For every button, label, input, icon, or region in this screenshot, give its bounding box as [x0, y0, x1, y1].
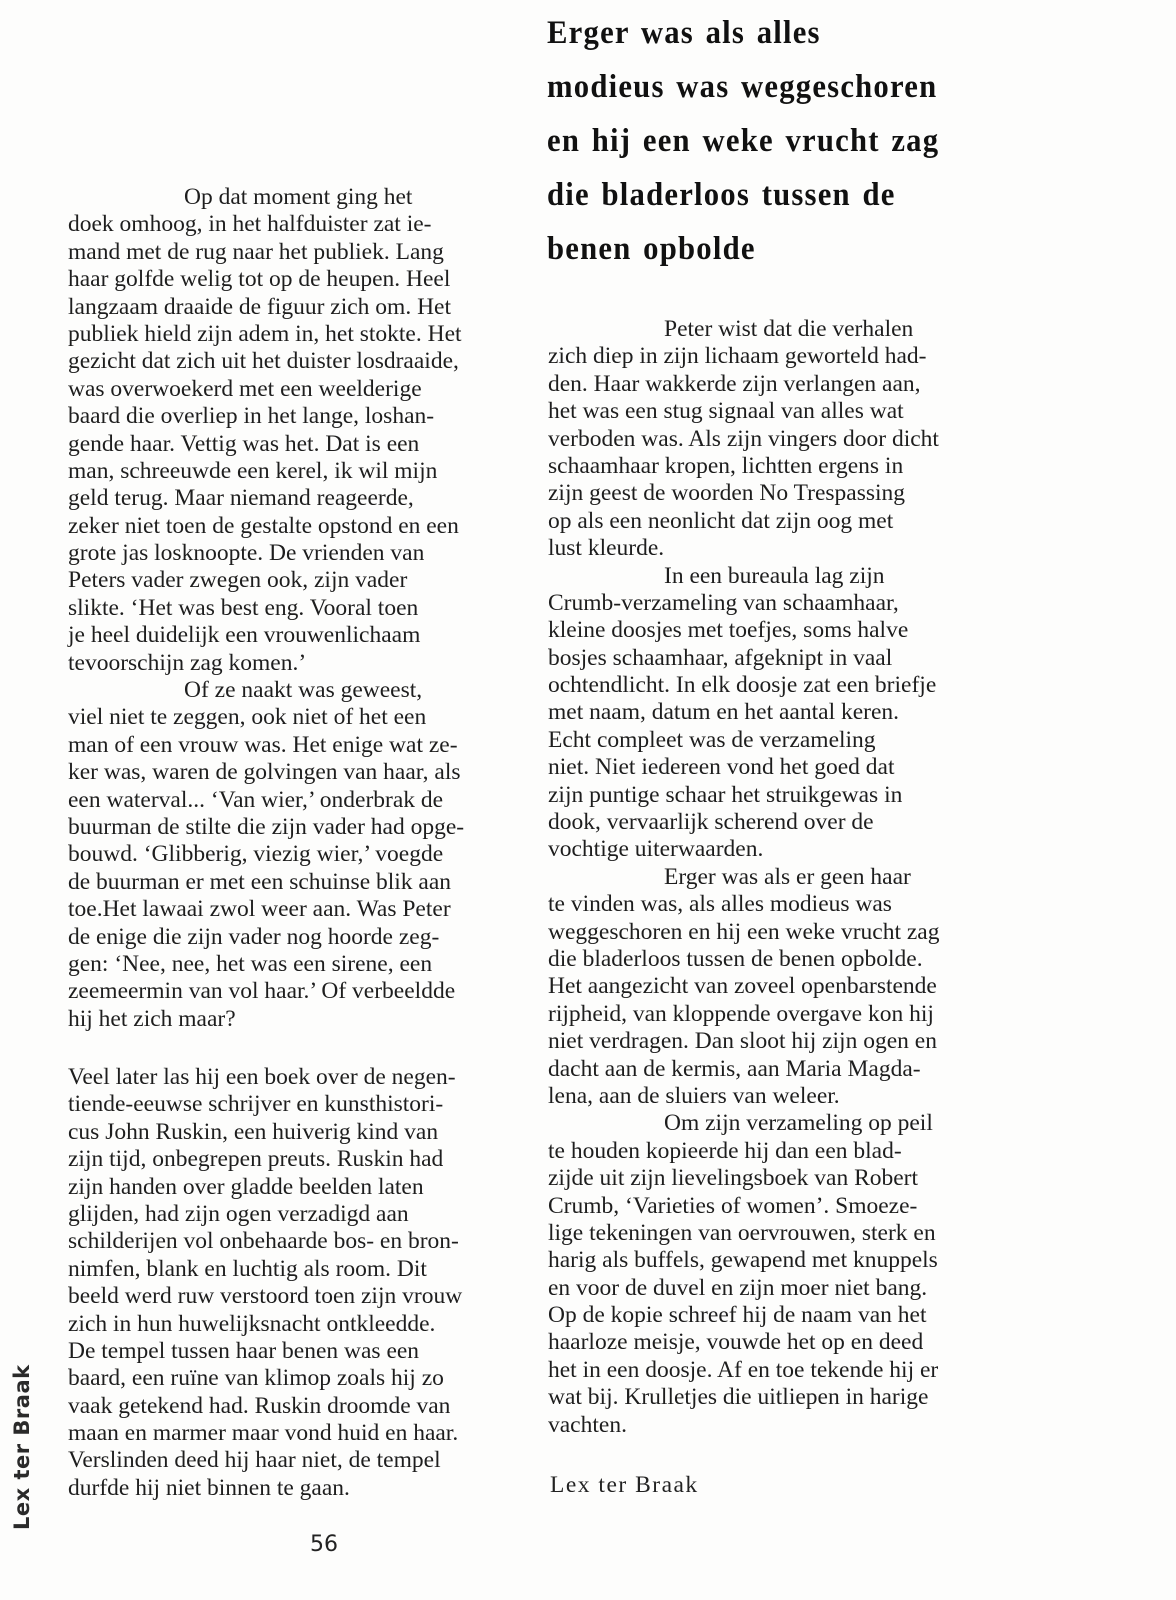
- text-line: schilderijen vol onbehaarde bos- en bron…: [68, 1228, 462, 1255]
- text-line: publiek hield zijn adem in, het stokte. …: [68, 321, 464, 348]
- text-line: bouwd. ‘Glibberig, viezig wier,’ voegde: [68, 841, 464, 868]
- text-line: niet verdragen. Dan sloot hij zijn ogen …: [548, 1028, 940, 1055]
- text-line: op als een neonlicht dat zijn oog met: [548, 508, 940, 535]
- text-line: geld terug. Maar niemand reageerde,: [68, 485, 464, 512]
- text-line: zijn puntige schaar het struikgewas in: [548, 782, 940, 809]
- text-line: Peters vader zwegen ook, zijn vader: [68, 567, 464, 594]
- vertical-author-label: Lex ter Braak: [10, 1330, 34, 1530]
- text-line: dacht aan de kermis, aan Maria Magda-: [548, 1056, 940, 1083]
- text-line: zijn tijd, onbegrepen preuts. Ruskin had: [68, 1146, 462, 1173]
- text-line: gende haar. Vettig was het. Dat is een: [68, 431, 464, 458]
- text-line: zeker niet toen de gestalte opstond en e…: [68, 513, 464, 540]
- text-line: doek omhoog, in het halfduister zat ie-: [68, 211, 464, 238]
- text-line: Echt compleet was de verzameling: [548, 727, 940, 754]
- author-signature: Lex ter Braak: [550, 1472, 699, 1499]
- pull-quote-headline: Erger was als alles modieus was weggesch…: [547, 6, 956, 276]
- text-line: het in een doosje. Af en toe tekende hij…: [548, 1357, 940, 1384]
- text-line: schaamhaar kropen, lichtten ergens in: [548, 453, 940, 480]
- text-line: haar golfde welig tot op de heupen. Heel: [68, 266, 464, 293]
- text-line: lena, aan de sluiers van weleer.: [548, 1083, 940, 1110]
- text-line: gezicht dat zich uit het duister losdraa…: [68, 348, 464, 375]
- text-line: baard die overliep in het lange, loshan-: [68, 403, 464, 430]
- text-line: Het aangezicht van zoveel openbarstende: [548, 973, 940, 1000]
- text-line: nimfen, blank en luchtig als room. Dit: [68, 1256, 462, 1283]
- text-line: te vinden was, als alles modieus was: [548, 891, 940, 918]
- text-line: langzaam draaide de figuur zich om. Het: [68, 294, 464, 321]
- text-line: ochtendlicht. In elk doosje zat een brie…: [548, 672, 940, 699]
- text-line: gen: ‘Nee, nee, het was een sirene, een: [68, 951, 464, 978]
- text-line: rijpheid, van kloppende overgave kon hij: [548, 1001, 940, 1028]
- text-line: ker was, waren de golvingen van haar, al…: [68, 759, 464, 786]
- text-line: grote jas losknoopte. De vrienden van: [68, 540, 464, 567]
- text-line: harig als buffels, gewapend met knuppels: [548, 1247, 940, 1274]
- text-line: een waterval... ‘Van wier,’ onderbrak de: [68, 787, 464, 814]
- text-line: zeemeermin van vol haar.’ Of verbeeldde: [68, 978, 464, 1005]
- text-line: het was een stug signaal van alles wat: [548, 398, 940, 425]
- text-line: Crumb-verzameling van schaamhaar,: [548, 590, 940, 617]
- text-line: de enige die zijn vader nog hoorde zeg-: [68, 924, 464, 951]
- text-line: man of een vrouw was. Het enige wat ze-: [68, 732, 464, 759]
- text-line: vochtige uiterwaarden.: [548, 836, 940, 863]
- text-line: met naam, datum en het aantal keren.: [548, 699, 940, 726]
- text-line: zich diep in zijn lichaam geworteld had-: [548, 343, 940, 370]
- text-line: zijde uit zijn lievelingsboek van Robert: [548, 1165, 940, 1192]
- text-line: buurman de stilte die zijn vader had opg…: [68, 814, 464, 841]
- text-line: verboden was. Als zijn vingers door dich…: [548, 426, 940, 453]
- text-line: glijden, had zijn ogen verzadigd aan: [68, 1201, 462, 1228]
- text-line: hij het zich maar?: [68, 1006, 464, 1033]
- text-line: bosjes schaamhaar, afgeknipt in vaal: [548, 645, 940, 672]
- text-line: Op de kopie schreef hij de naam van het: [548, 1302, 940, 1329]
- text-line: lust kleurde.: [548, 535, 940, 562]
- text-line: te houden kopieerde hij dan een blad-: [548, 1138, 940, 1165]
- text-line: vachten.: [548, 1412, 940, 1439]
- text-line: Of ze naakt was geweest,: [68, 677, 464, 704]
- text-line: Erger was als er geen haar: [548, 864, 940, 891]
- text-line: zijn geest de woorden No Trespassing: [548, 480, 940, 507]
- text-line: kleine doosjes met toefjes, soms halve: [548, 617, 940, 644]
- text-line: tiende-eeuwse schrijver en kunsthistori-: [68, 1091, 462, 1118]
- document-page: Erger was als alles modieus was weggesch…: [0, 0, 1176, 1600]
- text-line: Verslinden deed hij haar niet, de tempel: [68, 1447, 462, 1474]
- text-line: niet. Niet iedereen vond het goed dat: [548, 754, 940, 781]
- text-line: die bladerloos tussen de benen opbolde.: [548, 946, 940, 973]
- text-line: De tempel tussen haar benen was een: [68, 1338, 462, 1365]
- text-line: Veel later las hij een boek over de nege…: [68, 1064, 462, 1091]
- text-line: beeld werd ruw verstoord toen zijn vrouw: [68, 1283, 462, 1310]
- text-line: weggeschoren en hij een weke vrucht zag: [548, 919, 940, 946]
- text-line: viel niet te zeggen, ook niet of het een: [68, 704, 464, 731]
- text-line: durfde hij niet binnen te gaan.: [68, 1475, 462, 1502]
- text-line: haarloze meisje, vouwde het op en deed: [548, 1329, 940, 1356]
- text-line: mand met de rug naar het publiek. Lang: [68, 239, 464, 266]
- text-line: den. Haar wakkerde zijn verlangen aan,: [548, 371, 940, 398]
- text-line: baard, een ruïne van klimop zoals hij zo: [68, 1365, 462, 1392]
- left-column-block-b: Veel later las hij een boek over de nege…: [68, 1064, 462, 1502]
- text-line: de buurman er met een schuinse blik aan: [68, 869, 464, 896]
- text-line: zijn handen over gladde beelden laten: [68, 1174, 462, 1201]
- text-line: toe.Het lawaai zwol weer aan. Was Peter: [68, 896, 464, 923]
- right-column: Peter wist dat die verhalenzich diep in …: [548, 316, 940, 1439]
- text-line: cus John Ruskin, een huiverig kind van: [68, 1119, 462, 1146]
- text-line: zich in hun huwelijksnacht ontkleedde.: [68, 1311, 462, 1338]
- text-line: was overwoekerd met een weelderige: [68, 376, 464, 403]
- text-line: vaak getekend had. Ruskin droomde van: [68, 1393, 462, 1420]
- headline-line: Erger was als alles: [547, 6, 956, 60]
- text-line: slikte. ‘Het was best eng. Vooral toen: [68, 595, 464, 622]
- text-line: en voor de duvel en zijn moer niet bang.: [548, 1275, 940, 1302]
- text-line: tevoorschijn zag komen.’: [68, 650, 464, 677]
- text-line: Op dat moment ging het: [68, 184, 464, 211]
- text-line: je heel duidelijk een vrouwenlichaam: [68, 622, 464, 649]
- text-line: lige tekeningen van oervrouwen, sterk en: [548, 1220, 940, 1247]
- headline-line: modieus was weggeschoren: [547, 60, 956, 114]
- text-line: In een bureaula lag zijn: [548, 563, 940, 590]
- text-line: Om zijn verzameling op peil: [548, 1110, 940, 1137]
- headline-line: en hij een weke vrucht zag: [547, 114, 956, 168]
- text-line: dook, vervaarlijk scherend over de: [548, 809, 940, 836]
- text-line: wat bij. Krulletjes die uitliepen in har…: [548, 1384, 940, 1411]
- headline-line: die bladerloos tussen de: [547, 168, 956, 222]
- text-line: Crumb, ‘Varieties of women’. Smoeze-: [548, 1193, 940, 1220]
- page-number: 56: [310, 1532, 338, 1557]
- left-column-block-a: Op dat moment ging hetdoek omhoog, in he…: [68, 184, 464, 1033]
- text-line: man, schreeuwde een kerel, ik wil mijn: [68, 458, 464, 485]
- text-line: maan en marmer maar vond huid en haar.: [68, 1420, 462, 1447]
- text-line: Peter wist dat die verhalen: [548, 316, 940, 343]
- headline-line: benen opbolde: [547, 222, 956, 276]
